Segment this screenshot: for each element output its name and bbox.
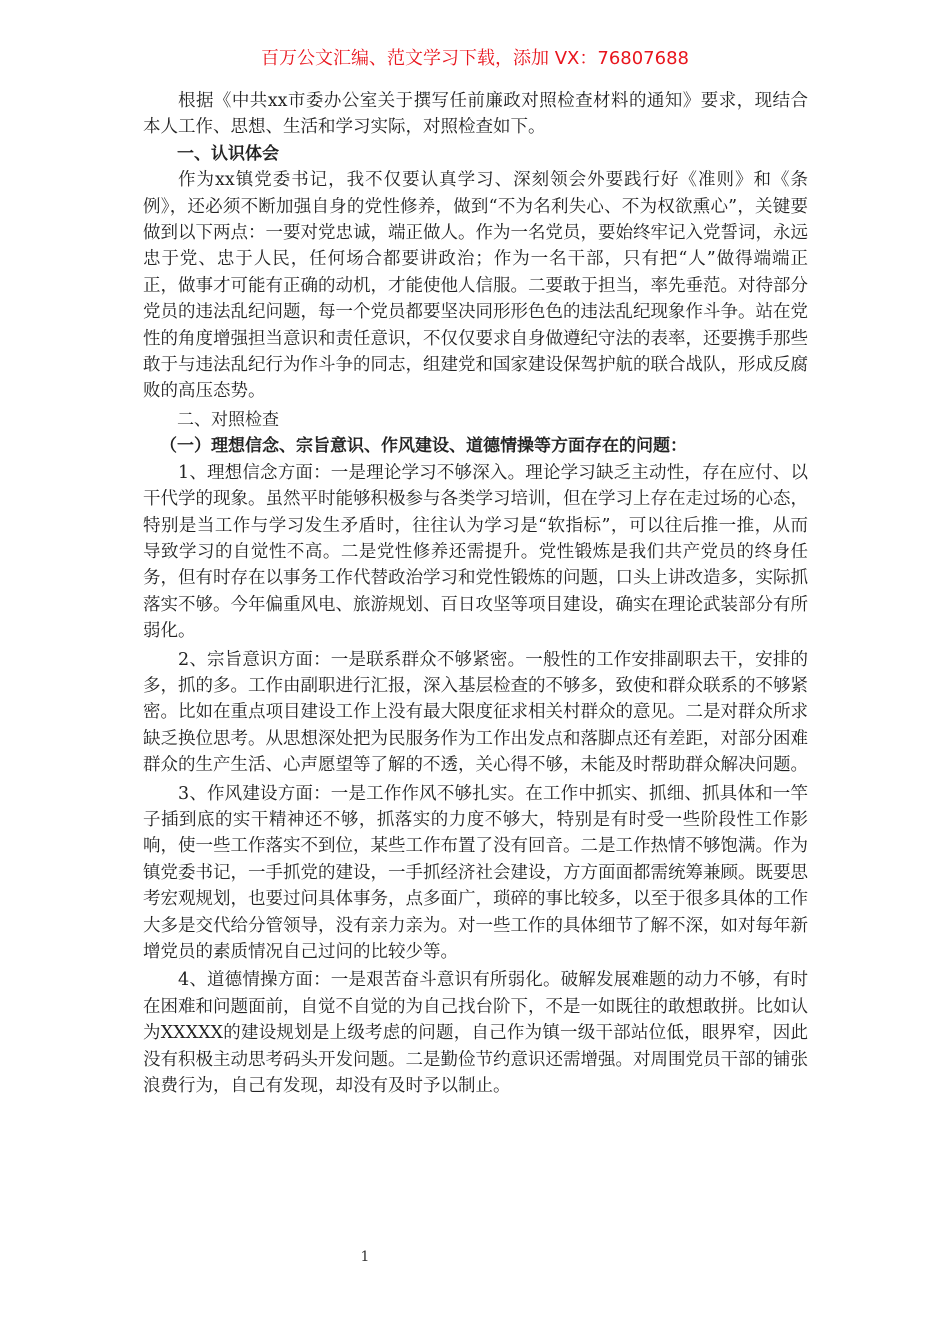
item-work-style: 3、作风建设方面：一是工作作风不够扎实。在工作中抓实、抓细、抓具体和一竿子插到底… <box>143 781 808 966</box>
section-heading-2: 二、对照检查 <box>143 407 808 433</box>
document-body: 根据《中共xx市委办公室关于撰写任前廉政对照检查材料的通知》要求，现结合本人工作… <box>143 88 808 1099</box>
paragraph-understanding: 作为xx镇党委书记，我不仅要认真学习、深刻领会外要践行好《准则》和《条例》，还必… <box>143 167 808 405</box>
subsection-heading: （一）理想信念、宗旨意识、作风建设、道德情操等方面存在的问题： <box>143 433 808 459</box>
promo-banner: 百万公文汇编、范文学习下载，添加 VX：76807688 <box>0 46 950 72</box>
page-number: 1 <box>0 1249 730 1265</box>
item-morality: 4、道德情操方面：一是艰苦奋斗意识有所弱化。破解发展难题的动力不够，有时在困难和… <box>143 967 808 1099</box>
item-ideals: 1、理想信念方面：一是理论学习不够深入。理论学习缺乏主动性，存在应付、以干代学的… <box>143 460 808 645</box>
section-heading-1: 一、认识体会 <box>143 141 808 167</box>
document-page: 百万公文汇编、范文学习下载，添加 VX：76807688 根据《中共xx市委办公… <box>0 0 950 1344</box>
intro-paragraph: 根据《中共xx市委办公室关于撰写任前廉政对照检查材料的通知》要求，现结合本人工作… <box>143 88 808 141</box>
item-purpose: 2、宗旨意识方面：一是联系群众不够紧密。一般性的工作安排副职去干，安排的多，抓的… <box>143 647 808 779</box>
